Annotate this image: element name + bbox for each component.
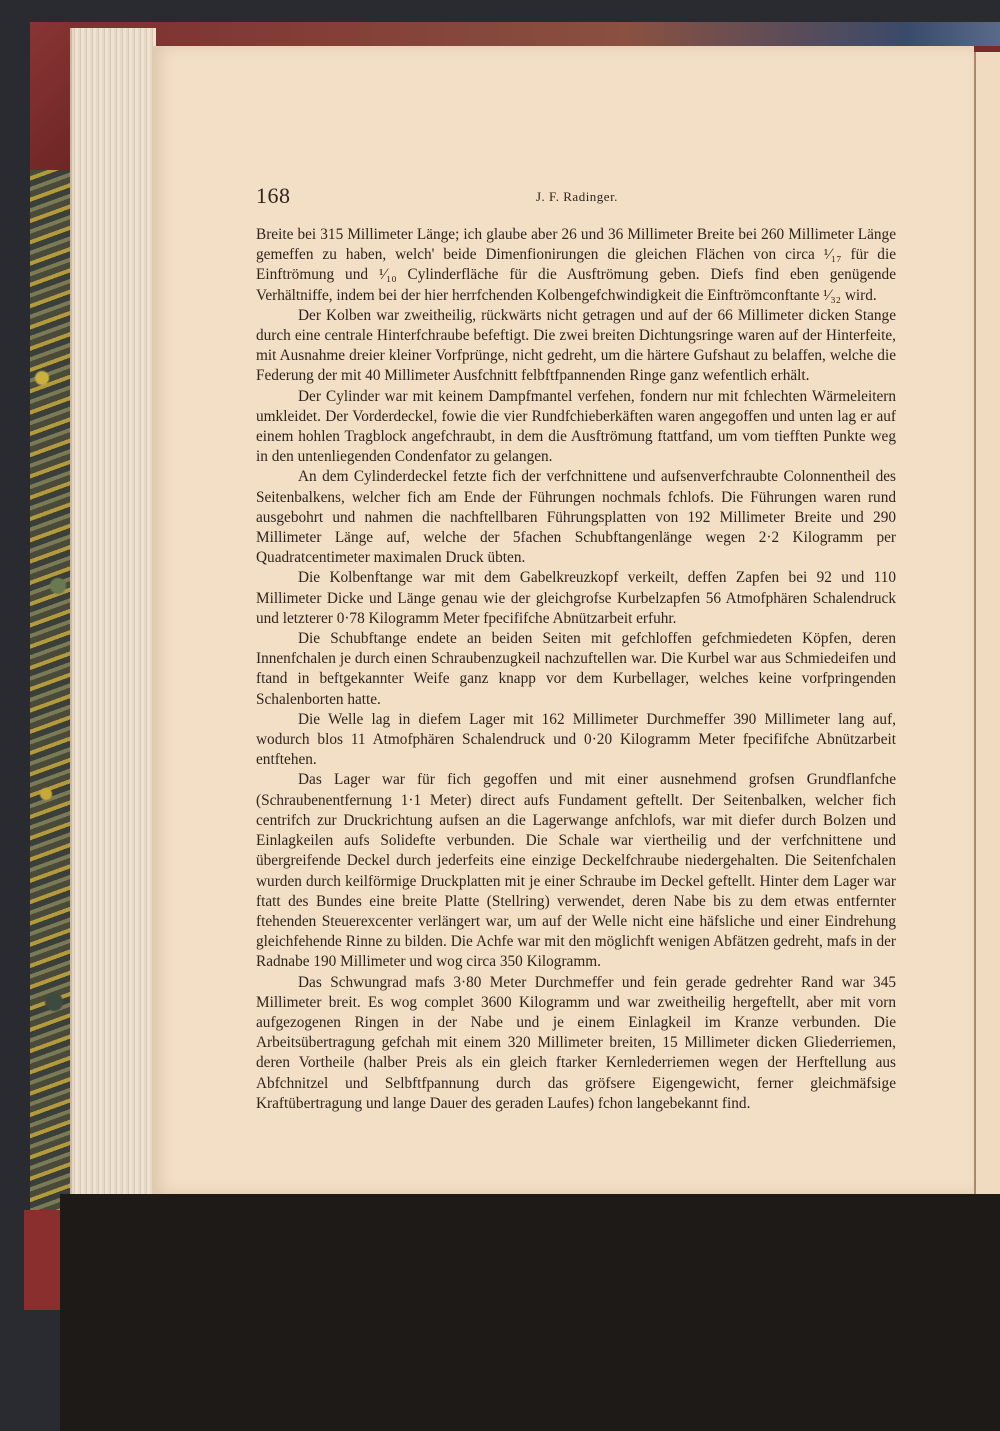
background-shadow — [60, 1194, 1000, 1431]
page-content: 168 J. F. Radinger. Breite bei 315 Milli… — [256, 183, 896, 1114]
paragraph: Der Cylinder war mit keinem Dampfmantel … — [256, 387, 896, 468]
paragraph: Die Welle lag in diefem Lager mit 162 Mi… — [256, 710, 896, 771]
marbled-board — [30, 170, 70, 1210]
page-number: 168 — [256, 183, 291, 209]
leather-spine-corner — [30, 22, 72, 170]
cover-top-edge — [70, 22, 1000, 46]
paragraph: An dem Cylinderdeckel fetzte fich der ve… — [256, 467, 896, 568]
running-head: 168 J. F. Radinger. — [256, 183, 896, 213]
paragraph: Der Kolben war zweitheilig, rückwärts ni… — [256, 306, 896, 387]
paragraph: Breite bei 315 Millimeter Länge; ich gla… — [256, 225, 896, 306]
paragraph: Das Schwungrad mafs 3·80 Meter Durchmeff… — [256, 973, 896, 1114]
paragraph: Die Kolbenftange war mit dem Gabelkreuzk… — [256, 568, 896, 629]
paragraph: Die Schubftange endete an beiden Seiten … — [256, 629, 896, 710]
facing-page-edge — [974, 52, 1000, 1194]
page-stack-edge — [70, 28, 156, 1200]
running-title: J. F. Radinger. — [536, 189, 618, 205]
paragraph: Das Lager war für fich gegoffen und mit … — [256, 770, 896, 972]
